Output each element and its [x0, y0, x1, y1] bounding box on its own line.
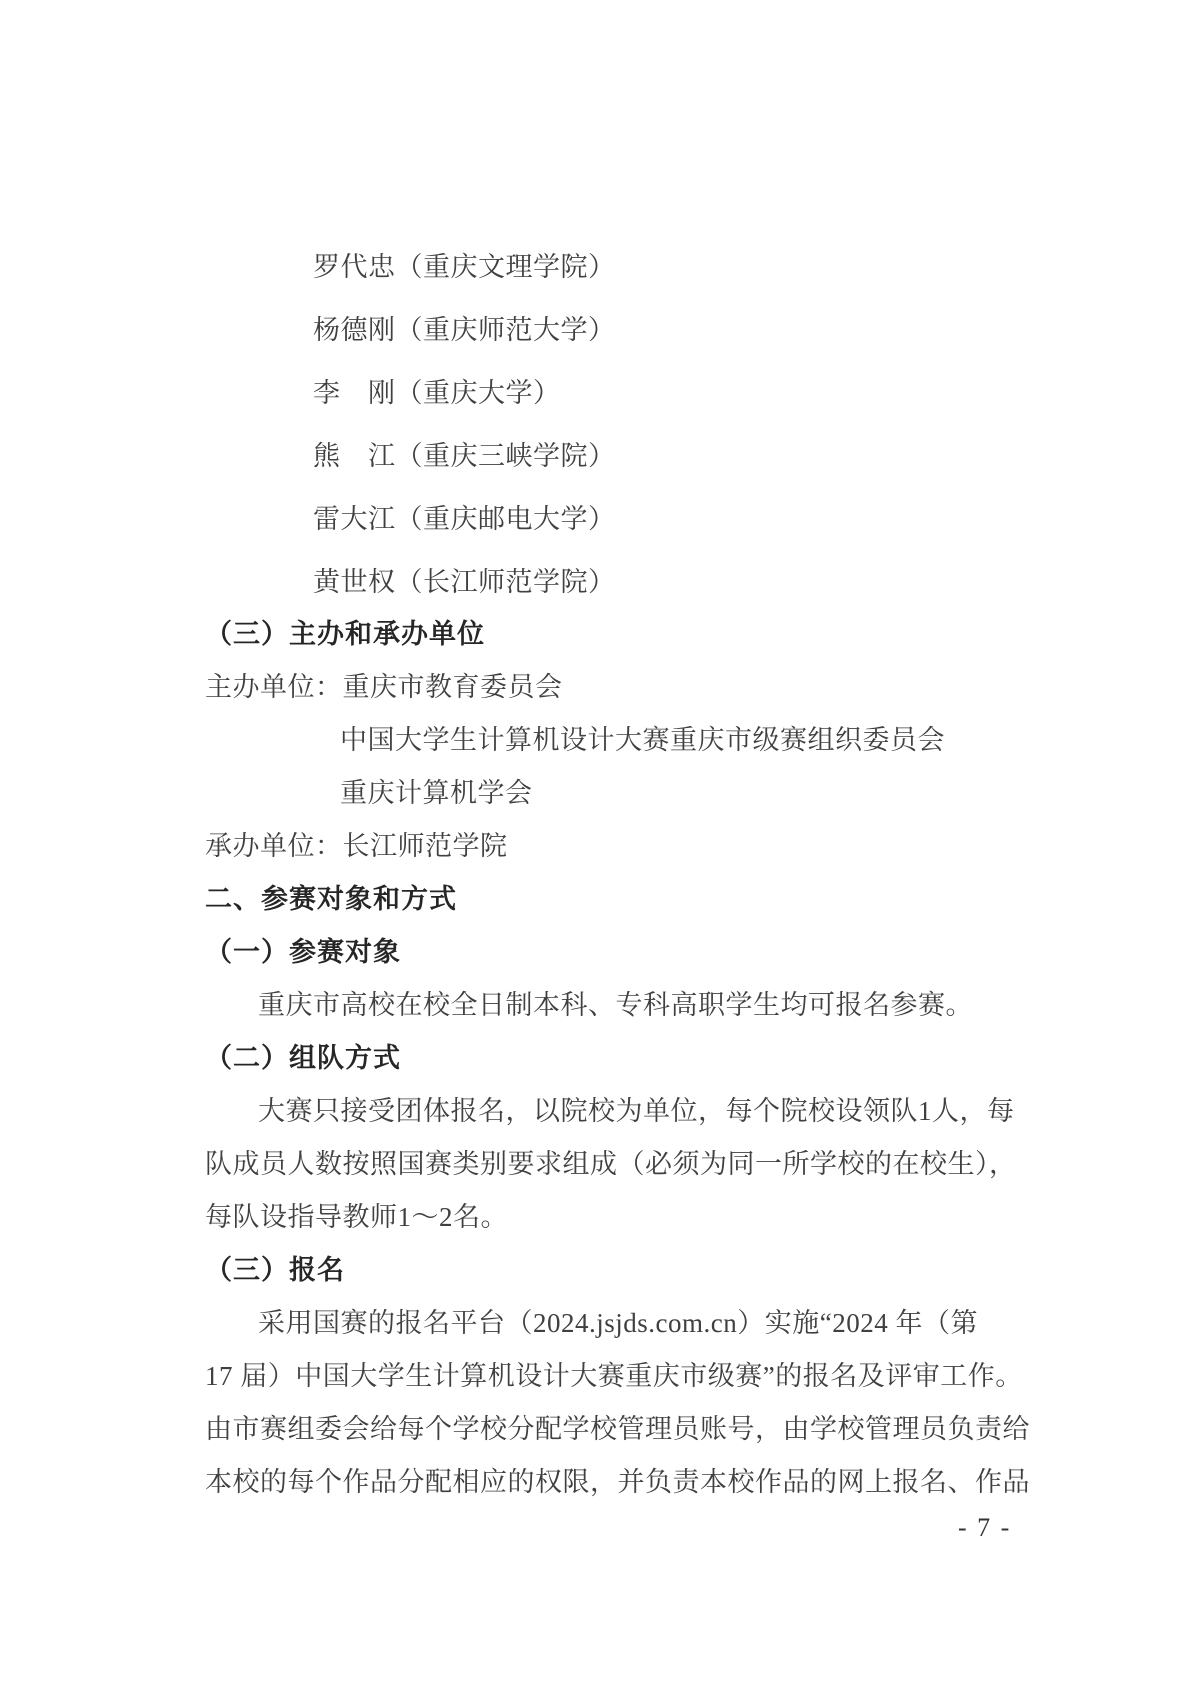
host-unit-line-3: 重庆计算机学会 [340, 777, 533, 809]
team-formation-line-1: 大赛只接受团体报名，以院校为单位，每个院校设领队1人，每 [258, 1095, 1015, 1127]
host-unit-line-2: 中国大学生计算机设计大赛重庆市级赛组织委员会 [340, 724, 945, 756]
page-number: - 7 - [958, 1513, 1011, 1543]
registration-line-4: 本校的每个作品分配相应的权限，并负责本校作品的网上报名、作品 [205, 1466, 1030, 1498]
registration-line-3: 由市赛组委会给每个学校分配学校管理员账号，由学校管理员负责给 [205, 1413, 1030, 1445]
registration-line-2: 17 届）中国大学生计算机设计大赛重庆市级赛”的报名及评审工作。 [205, 1360, 1023, 1392]
judge-list-item: 熊 江（重庆三峡学院） [313, 440, 616, 472]
judge-list-item: 罗代忠（重庆文理学院） [313, 251, 616, 283]
undertaker-unit-line: 承办单位：长江师范学院 [205, 830, 508, 862]
judge-list-item: 黄世权（长江师范学院） [313, 566, 616, 598]
registration-line-1: 采用国赛的报名平台（2024.jsjds.com.cn）实施“2024 年（第 [258, 1307, 978, 1339]
judge-list-item: 杨德刚（重庆师范大学） [313, 314, 616, 346]
team-formation-line-3: 每队设指导教师1～2名。 [205, 1201, 508, 1233]
document-page: 罗代忠（重庆文理学院） 杨德刚（重庆师范大学） 李 刚（重庆大学） 熊 江（重庆… [0, 0, 1191, 1684]
team-formation-line-2: 队成员人数按照国赛类别要求组成（必须为同一所学校的在校生）， [205, 1148, 1017, 1180]
judge-list-item: 李 刚（重庆大学） [313, 377, 561, 409]
heading-eligibility: （一）参赛对象 [205, 936, 401, 968]
heading-team-formation: （二）组队方式 [205, 1042, 401, 1074]
heading-organizers: （三）主办和承办单位 [205, 618, 485, 650]
judge-list-item: 雷大江（重庆邮电大学） [313, 503, 616, 535]
heading-registration: （三）报名 [205, 1254, 345, 1286]
host-unit-line: 主办单位：重庆市教育委员会 [205, 671, 563, 703]
heading-participation: 二、参赛对象和方式 [205, 883, 457, 915]
eligibility-body-line: 重庆市高校在校全日制本科、专科高职学生均可报名参赛。 [258, 989, 973, 1021]
